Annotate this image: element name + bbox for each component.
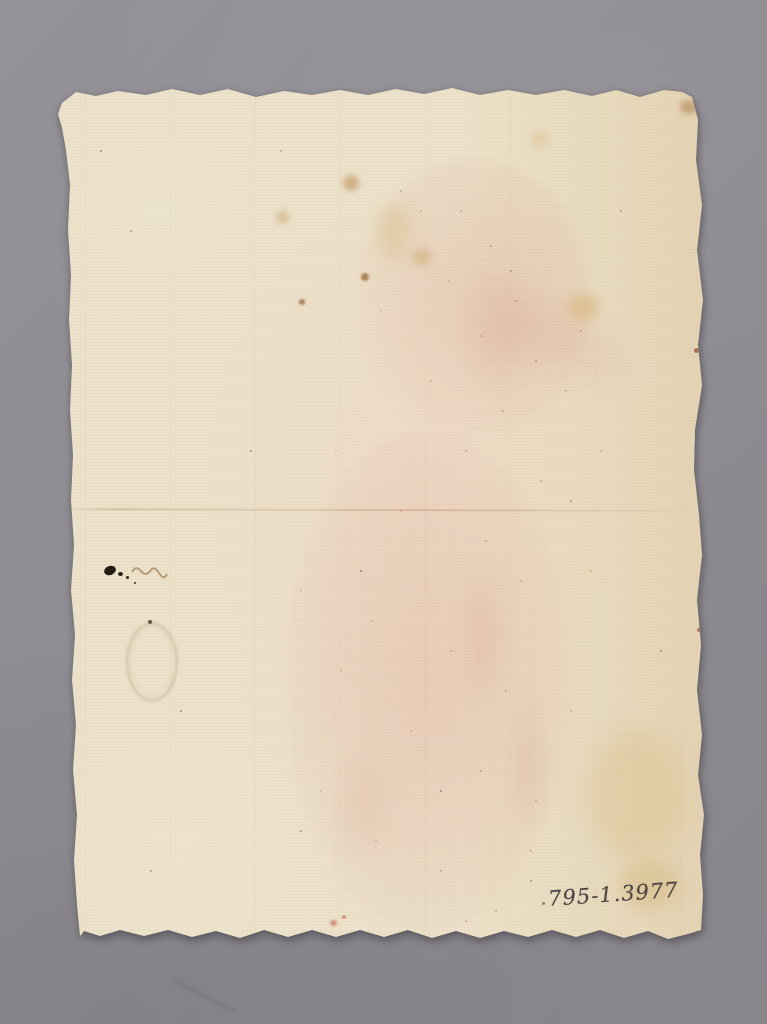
photograph: 795-1.3977	[0, 0, 767, 1024]
edge-discoloration	[0, 0, 767, 1024]
paper-sheet-verso: 795-1.3977	[0, 0, 767, 1024]
paper-shadow: 795-1.3977	[0, 0, 767, 1024]
